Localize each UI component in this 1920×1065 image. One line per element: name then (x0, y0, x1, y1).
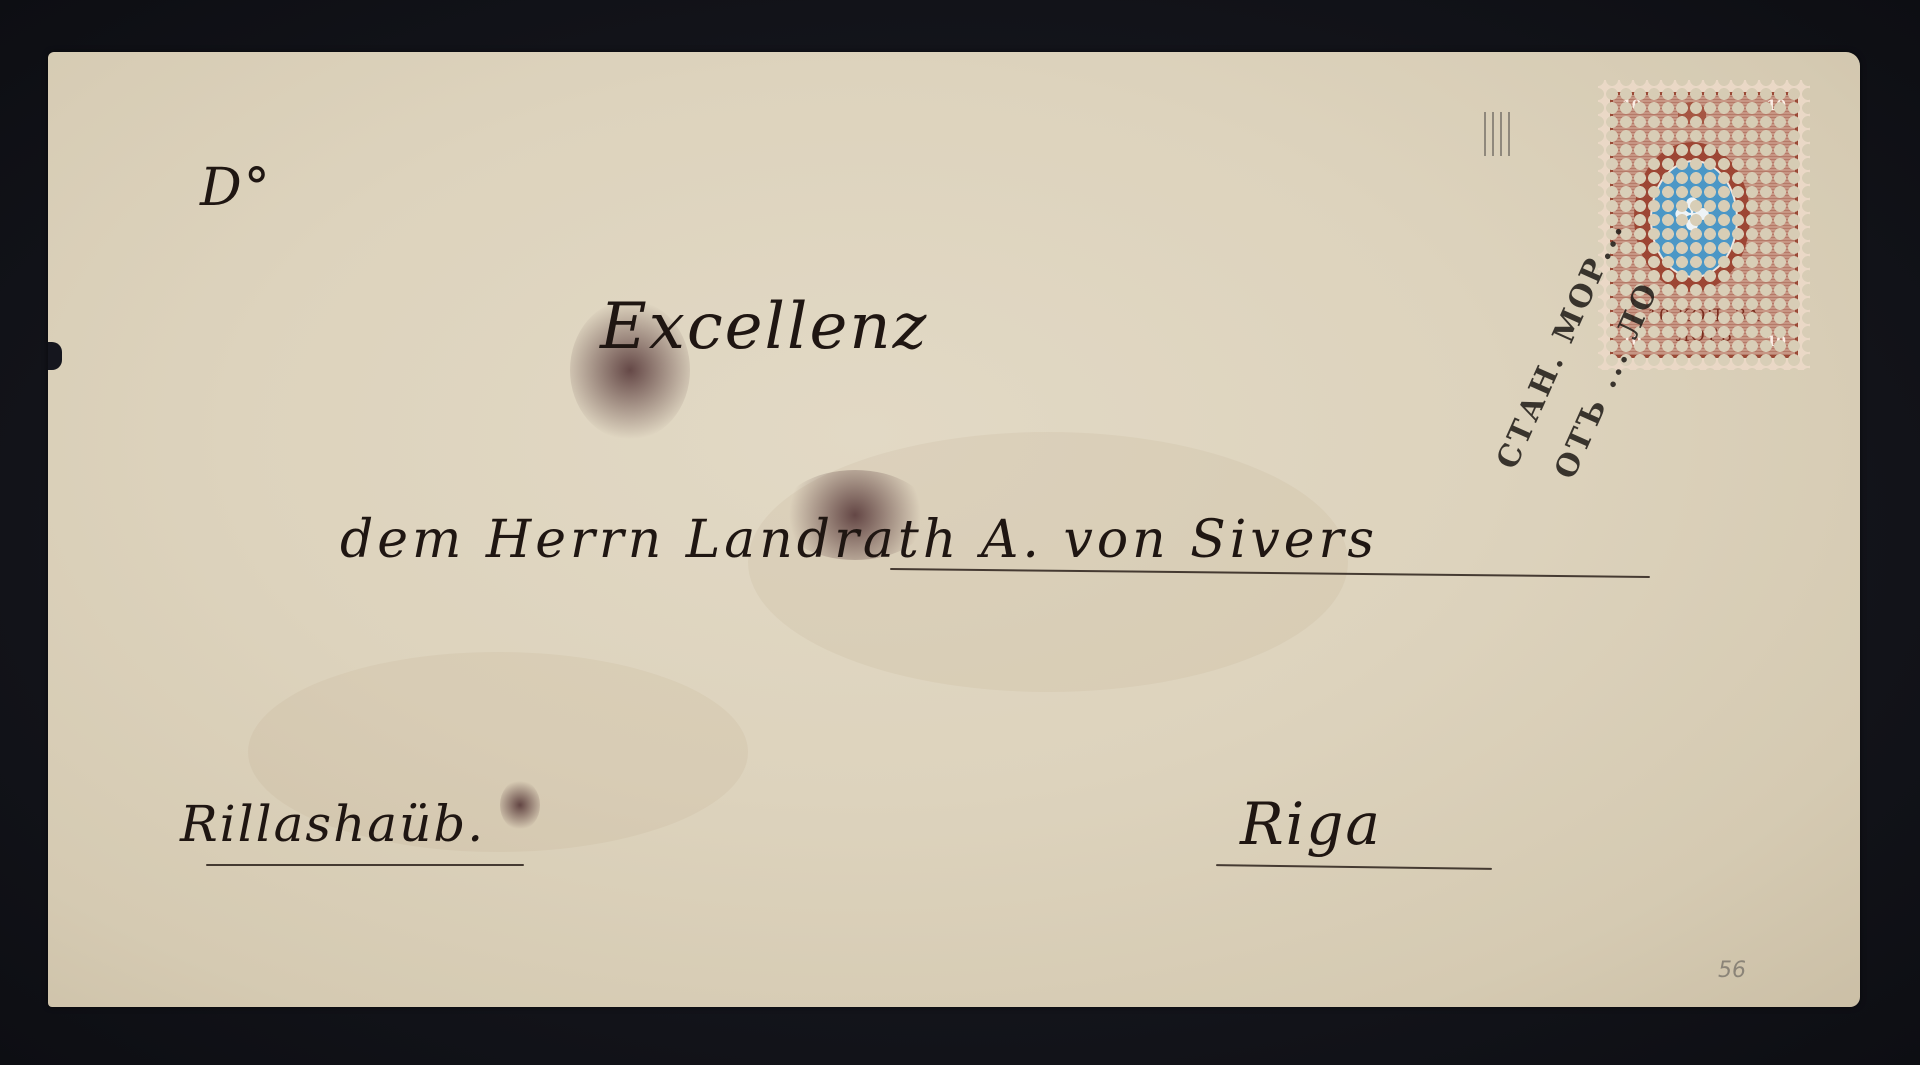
crown-emblem (1678, 102, 1706, 124)
address-text: dem Herrn Landrath A. von Sivers (340, 510, 1378, 570)
honorific-text: D° (200, 158, 272, 218)
stamp-corner-value: 10 (1767, 98, 1786, 114)
pencil-marks (1484, 112, 1510, 156)
sender-place-text: Rillashaüb. (180, 795, 485, 853)
double-headed-eagle-icon: ✤ (1666, 184, 1718, 248)
stamp-corner-value: 10 (1622, 98, 1641, 114)
sender-underline (206, 864, 524, 866)
ink-smudge (500, 780, 540, 830)
excellenz-text: Excellenz (600, 290, 928, 364)
pencil-note: 56 (1718, 958, 1746, 983)
destination-text: Riga (1240, 790, 1382, 858)
envelope-torn-edge (48, 342, 62, 370)
